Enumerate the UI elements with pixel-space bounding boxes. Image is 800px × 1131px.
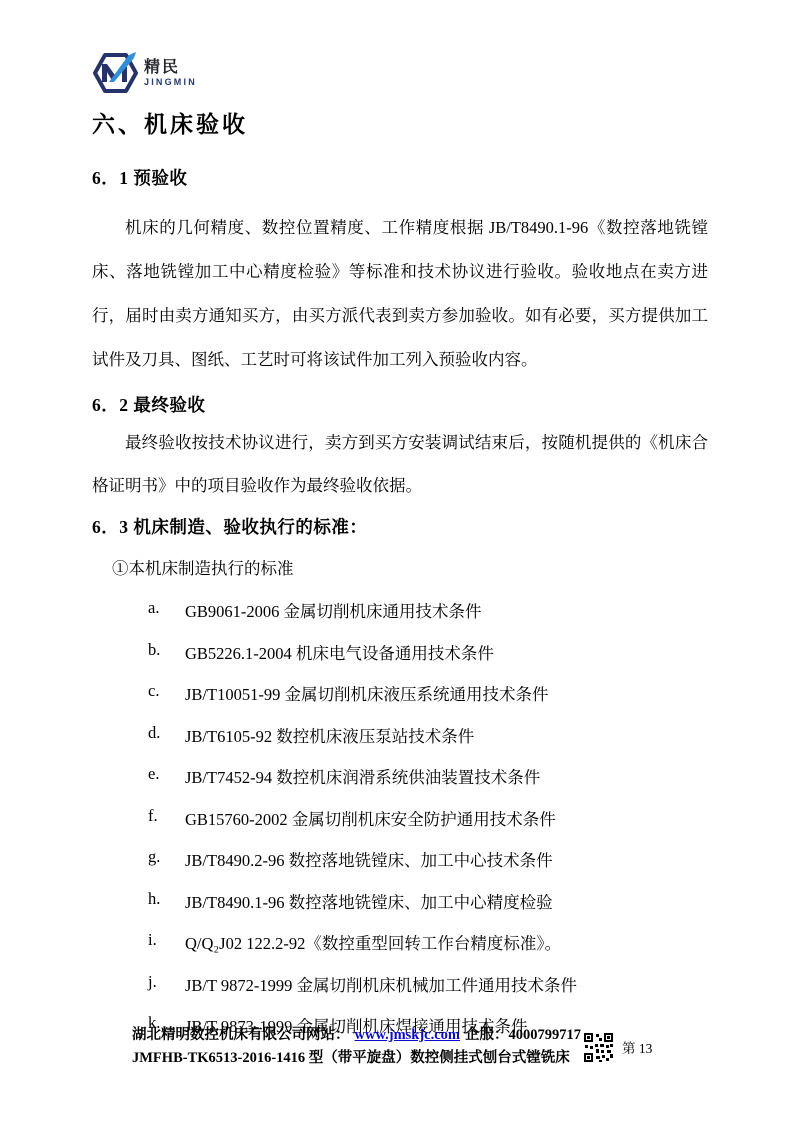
item-text: GB15760-2002 金属切削机床安全防护通用技术条件 — [185, 806, 708, 830]
item-text: JB/T6105-92 数控机床液压泵站技术条件 — [185, 723, 708, 747]
qr-code-icon — [583, 1032, 614, 1063]
page-footer: 湖北精明数控机床有限公司网站：www.jmskjc.com企服：40007997… — [92, 1024, 708, 1071]
item-marker: d. — [148, 723, 185, 747]
item-text: GB9061-2006 金属切削机床通用技术条件 — [185, 598, 708, 622]
standard-item-f: f. GB15760-2002 金属切削机床安全防护通用技术条件 — [92, 806, 708, 830]
logo-text: 精民 JINGMIN — [144, 60, 197, 87]
item-marker: e. — [148, 764, 185, 788]
standard-item-g: g. JB/T8490.2-96 数控落地铣镗床、加工中心技术条件 — [92, 847, 708, 871]
standard-item-d: d. JB/T6105-92 数控机床液压泵站技术条件 — [92, 723, 708, 747]
standards-list: a. GB9061-2006 金属切削机床通用技术条件 b. GB5226.1-… — [92, 598, 708, 1037]
item-text: JB/T7452-94 数控机床润滑系统供油装置技术条件 — [185, 764, 708, 788]
section-6-2-paragraph: 最终验收按技术协议进行，卖方到买方安装调试结束后，按随机提供的《机床合格证明书》… — [92, 421, 708, 509]
item-text: JB/T8490.2-96 数控落地铣镗床、加工中心技术条件 — [185, 847, 708, 871]
brand-name-english: JINGMIN — [144, 78, 197, 87]
footer-company-site-label: 湖北精明数控机床有限公司网站： — [132, 1027, 350, 1043]
item-marker: a. — [148, 598, 185, 622]
item-marker: j. — [148, 972, 185, 996]
standard-item-c: c. JB/T10051-99 金属切削机床液压系统通用技术条件 — [92, 681, 708, 705]
item-text: GB5226.1-2004 机床电气设备通用技术条件 — [185, 640, 708, 664]
item-text: JB/T 9872-1999 金属切削机床机械加工件通用技术条件 — [185, 972, 708, 996]
item-marker: i. — [148, 930, 185, 954]
page-number: 第 13 — [622, 1037, 652, 1057]
item-text: JB/T8490.1-96 数控落地铣镗床、加工中心精度检验 — [185, 889, 708, 913]
standard-item-h: h. JB/T8490.1-96 数控落地铣镗床、加工中心精度检验 — [92, 889, 708, 913]
standard-item-e: e. JB/T7452-94 数控机床润滑系统供油装置技术条件 — [92, 764, 708, 788]
footer-text: 湖北精明数控机床有限公司网站：www.jmskjc.com企服：40007997… — [132, 1024, 581, 1071]
item-marker: b. — [148, 640, 185, 664]
brand-name-chinese: 精民 — [144, 60, 197, 76]
standard-item-j: j. JB/T 9872-1999 金属切削机床机械加工件通用技术条件 — [92, 972, 708, 996]
section-heading-6-1: 6．1 预验收 — [92, 165, 708, 190]
standard-item-a: a. GB9061-2006 金属切削机床通用技术条件 — [92, 598, 708, 622]
page-title: 六、机床验收 — [92, 106, 708, 139]
standard-item-i: i. Q/Q₂J02 122.2-92《数控重型回转工作台精度标准》。 — [92, 930, 708, 954]
section-heading-6-2: 6．2 最终验收 — [92, 392, 708, 417]
document-page: 精民 JINGMIN 六、机床验收 6．1 预验收 机床的几何精度、数控位置精度… — [0, 0, 800, 1131]
footer-service-phone: 企服：4000799717 — [465, 1027, 581, 1043]
item-marker: c. — [148, 681, 185, 705]
hexagon-m-logo-icon — [92, 51, 138, 95]
footer-line-2: JMFHB-TK6513-2016-1416 型（带平旋盘）数控侧挂式刨台式镗铣… — [132, 1047, 581, 1070]
item-marker: g. — [148, 847, 185, 871]
item-marker: f. — [148, 806, 185, 830]
item-text: Q/Q₂J02 122.2-92《数控重型回转工作台精度标准》。 — [185, 930, 708, 954]
footer-line-1: 湖北精明数控机床有限公司网站：www.jmskjc.com企服：40007997… — [132, 1024, 581, 1047]
section-heading-6-3: 6．3 机床制造、验收执行的标准： — [92, 514, 708, 539]
website-link[interactable]: www.jmskjc.com — [355, 1027, 461, 1043]
jingmin-logo: 精民 JINGMIN — [92, 50, 708, 96]
item-marker: h. — [148, 889, 185, 913]
subheading-standards: ①本机床制造执行的标准 — [92, 555, 708, 579]
section-6-1-paragraph: 机床的几何精度、数控位置精度、工作精度根据 JB/T8490.1-96《数控落地… — [92, 206, 708, 382]
item-text: JB/T10051-99 金属切削机床液压系统通用技术条件 — [185, 681, 708, 705]
standard-item-b: b. GB5226.1-2004 机床电气设备通用技术条件 — [92, 640, 708, 664]
